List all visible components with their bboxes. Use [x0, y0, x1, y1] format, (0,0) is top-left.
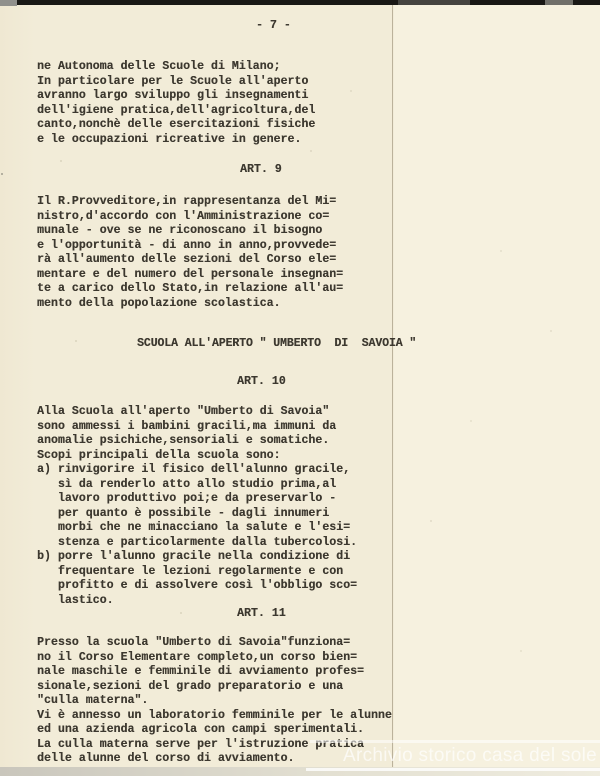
document-page: - 7 - ne Autonoma delle Scuole di Milano… [0, 0, 600, 776]
article-11-body: Presso la scuola "Umberto di Savoia"funz… [37, 636, 392, 767]
fold-line [392, 4, 393, 769]
text-line: stenza e particolarmente dalla tubercolo… [37, 536, 357, 551]
text-line: te a carico dello Stato,in relazione all… [37, 282, 343, 297]
watermark-text: Archivio storico casa del sole [343, 745, 597, 767]
text-line: ne Autonoma delle Scuole di Milano; [37, 60, 315, 75]
paragraph-intro: ne Autonoma delle Scuole di Milano;In pa… [37, 60, 315, 147]
text-line: Vi è annesso un laboratorio femminile pe… [37, 709, 392, 724]
text-line: no il Corso Elementare completo,un corso… [37, 651, 392, 666]
text-line: canto,nonchè delle esercitazioni fisiche [37, 118, 315, 133]
text-line: dell'igiene pratica,dell'agricoltura,del [37, 104, 315, 119]
text-line: sì da renderlo atto allo studio prima,al [37, 478, 357, 493]
text-line: rà all'aumento delle sezioni del Corso e… [37, 253, 343, 268]
watermark-rule-top [310, 740, 600, 743]
watermark-rule-bottom [306, 768, 600, 771]
text-line: frequentare le lezioni regolarmente e co… [37, 565, 357, 580]
article-11-label: ART. 11 [237, 607, 286, 622]
text-line: lavoro produttivo poi;e da preservarlo - [37, 492, 357, 507]
article-9-label: ART. 9 [240, 163, 282, 178]
text-line: In particolare per le Scuole all'aperto [37, 75, 315, 90]
article-10-body: Alla Scuola all'aperto "Umberto di Savoi… [37, 405, 336, 463]
article-10-label: ART. 10 [237, 375, 286, 390]
text-line: lastico. [37, 594, 357, 609]
article-9-body: Il R.Provveditore,in rappresentanza del … [37, 195, 343, 311]
text-line: nistro,d'accordo con l'Amministrazione c… [37, 210, 343, 225]
text-line: avranno largo sviluppo gli insegnamenti [37, 89, 315, 104]
text-line: anomalie psichiche,sensoriali e somatich… [37, 434, 336, 449]
text-line: e le occupazioni ricreative in genere. [37, 133, 315, 148]
text-line: per quanto è possibile - dagli innumeri [37, 507, 357, 522]
text-line: morbi che ne minacciano la salute e l'es… [37, 521, 357, 536]
text-line: ed una azienda agricola con campi sperim… [37, 723, 392, 738]
text-line: mento della popolazione scolastica. [37, 297, 343, 312]
section-title: SCUOLA ALL'APERTO " UMBERTO DI SAVOIA " [137, 337, 416, 352]
scan-edge-corner [0, 0, 17, 6]
text-line: profitto e di assolvere così l'obbligo s… [37, 579, 357, 594]
text-line: Il R.Provveditore,in rappresentanza del … [37, 195, 343, 210]
scan-edge-segment [545, 0, 573, 5]
text-line: sono ammessi i bambini gracili,ma immuni… [37, 420, 336, 435]
text-line: Presso la scuola "Umberto di Savoia"funz… [37, 636, 392, 651]
scan-edge-top [0, 0, 600, 5]
goals-list: a) rinvigorire il fisico dell'alunno gra… [37, 463, 357, 608]
text-line: delle alunne del corso di avviamento. [37, 752, 392, 767]
text-line: "culla materna". [37, 694, 392, 709]
text-line: mentare e del numero del personale inseg… [37, 268, 343, 283]
text-line: nale maschile e femminile di avviamento … [37, 665, 392, 680]
text-line: Alla Scuola all'aperto "Umberto di Savoi… [37, 405, 336, 420]
text-line: a) rinvigorire il fisico dell'alunno gra… [37, 463, 357, 478]
text-line: b) porre l'alunno gracile nella condizio… [37, 550, 357, 565]
text-line: Scopi principali della scuola sono: [37, 449, 336, 464]
text-line: sionale,sezioni del grado preparatorio e… [37, 680, 392, 695]
text-line: munale - ove se ne riconoscano il bisogn… [37, 224, 343, 239]
page-number: - 7 - [256, 19, 291, 34]
text-line: e l'opportunità - di anno in anno,provve… [37, 239, 343, 254]
paper-right-half [394, 0, 600, 776]
scan-edge-segment [398, 0, 470, 5]
